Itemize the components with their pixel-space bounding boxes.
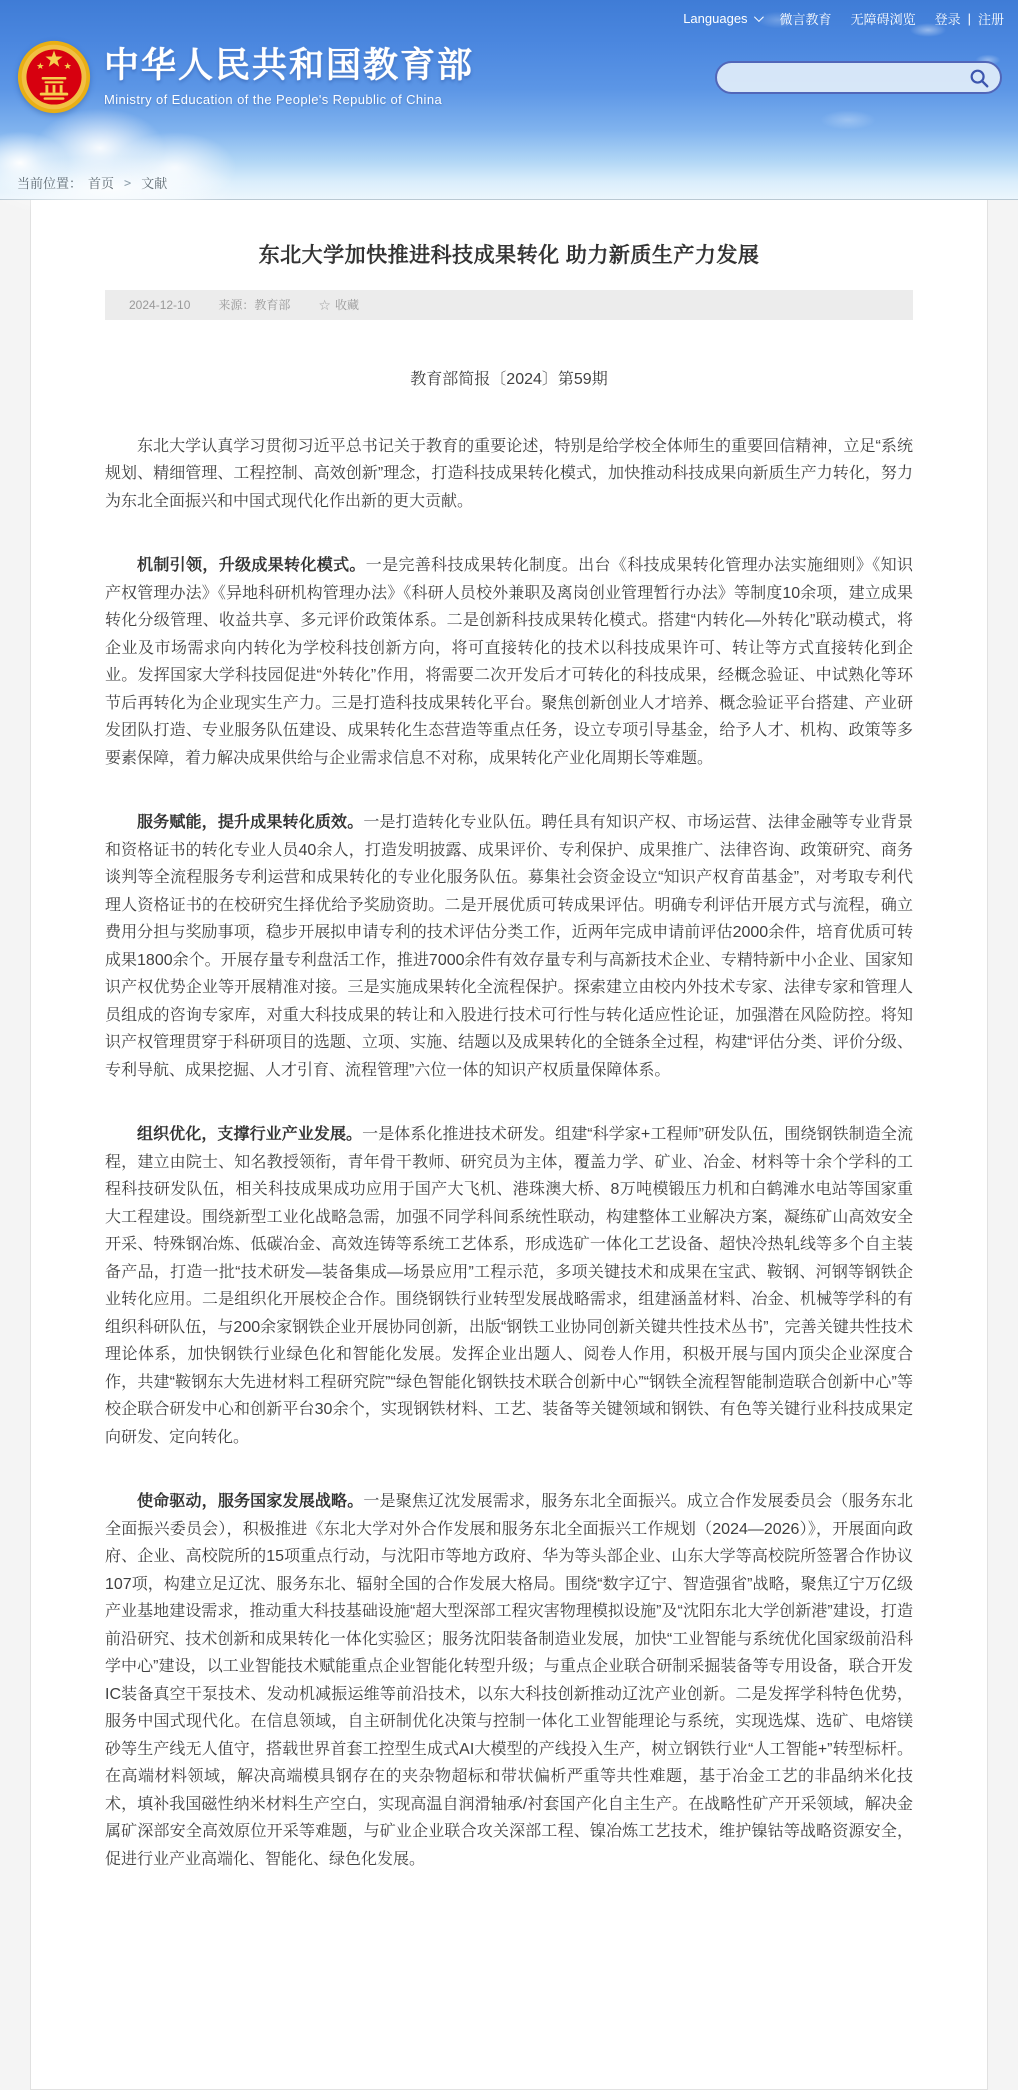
article-paragraph: 组织优化，支撑行业产业发展。一是体系化推进技术研发。组建“科学家+工程师”研发队… [105, 1121, 913, 1451]
article-card: 东北大学加快推进科技成果转化 助力新质生产力发展 2024-12-10 来源：教… [30, 200, 988, 2090]
article-source: 来源：教育部 [218, 296, 290, 313]
languages-menu[interactable]: Languages [683, 11, 760, 26]
site-header: Languages 微言教育 无障碍浏览 登录 | 注册 [0, 0, 1018, 200]
search-button[interactable] [966, 65, 992, 91]
article-paragraph: 使命驱动，服务国家发展战略。一是聚焦辽沈发展需求，服务东北全面振兴。成立合作发展… [105, 1488, 913, 1873]
accessibility-link[interactable]: 无障碍浏览 [851, 9, 916, 28]
page: Languages 微言教育 无障碍浏览 登录 | 注册 [0, 0, 1018, 2090]
breadcrumb: 当前位置： 首页 > 文献 [17, 173, 167, 192]
star-icon: ☆ [318, 298, 331, 312]
site-subtitle: Ministry of Education of the People's Re… [104, 92, 474, 107]
article-date: 2024-12-10 [129, 298, 190, 312]
register-link[interactable]: 注册 [978, 9, 1004, 28]
main-content: 东北大学加快推进科技成果转化 助力新质生产力发展 2024-12-10 来源：教… [0, 200, 1018, 2090]
cloud-decoration [0, 103, 280, 213]
site-logo[interactable]: 中华人民共和国教育部 Ministry of Education of the … [16, 39, 474, 115]
breadcrumb-home-link[interactable]: 首页 [88, 173, 114, 192]
article-paragraph: 东北大学认真学习贯彻习近平总书记关于教育的重要论述，特别是给学校全体师生的重要回… [105, 433, 913, 516]
weiyan-education-link[interactable]: 微言教育 [780, 9, 832, 28]
chevron-down-icon [754, 12, 764, 22]
login-link[interactable]: 登录 [935, 9, 961, 28]
article-lead: 教育部简报〔2024〕第59期 [105, 366, 913, 389]
article-title: 东北大学加快推进科技成果转化 助力新质生产力发展 [105, 240, 913, 272]
article-meta-bar: 2024-12-10 来源：教育部 ☆ 收藏 [105, 290, 913, 320]
languages-label: Languages [683, 11, 747, 26]
breadcrumb-separator: > [124, 176, 131, 190]
search-icon [968, 67, 990, 89]
article-paragraph: 服务赋能，提升成果转化质效。一是打造转化专业队伍。聘任具有知识产权、市场运营、法… [105, 809, 913, 1084]
divider: | [968, 11, 971, 26]
favorite-button[interactable]: ☆ 收藏 [318, 296, 359, 313]
utility-bar: Languages 微言教育 无障碍浏览 登录 | 注册 [683, 9, 1004, 28]
search-box [715, 61, 1002, 94]
national-emblem-icon [16, 39, 92, 115]
breadcrumb-current-link[interactable]: 文献 [141, 173, 167, 192]
search-input[interactable] [731, 63, 966, 92]
breadcrumb-label: 当前位置： [17, 173, 82, 192]
article-paragraph: 机制引领，升级成果转化模式。一是完善科技成果转化制度。出台《科技成果转化管理办法… [105, 552, 913, 772]
favorite-label: 收藏 [335, 296, 359, 313]
site-title: 中华人民共和国教育部 [104, 47, 474, 86]
